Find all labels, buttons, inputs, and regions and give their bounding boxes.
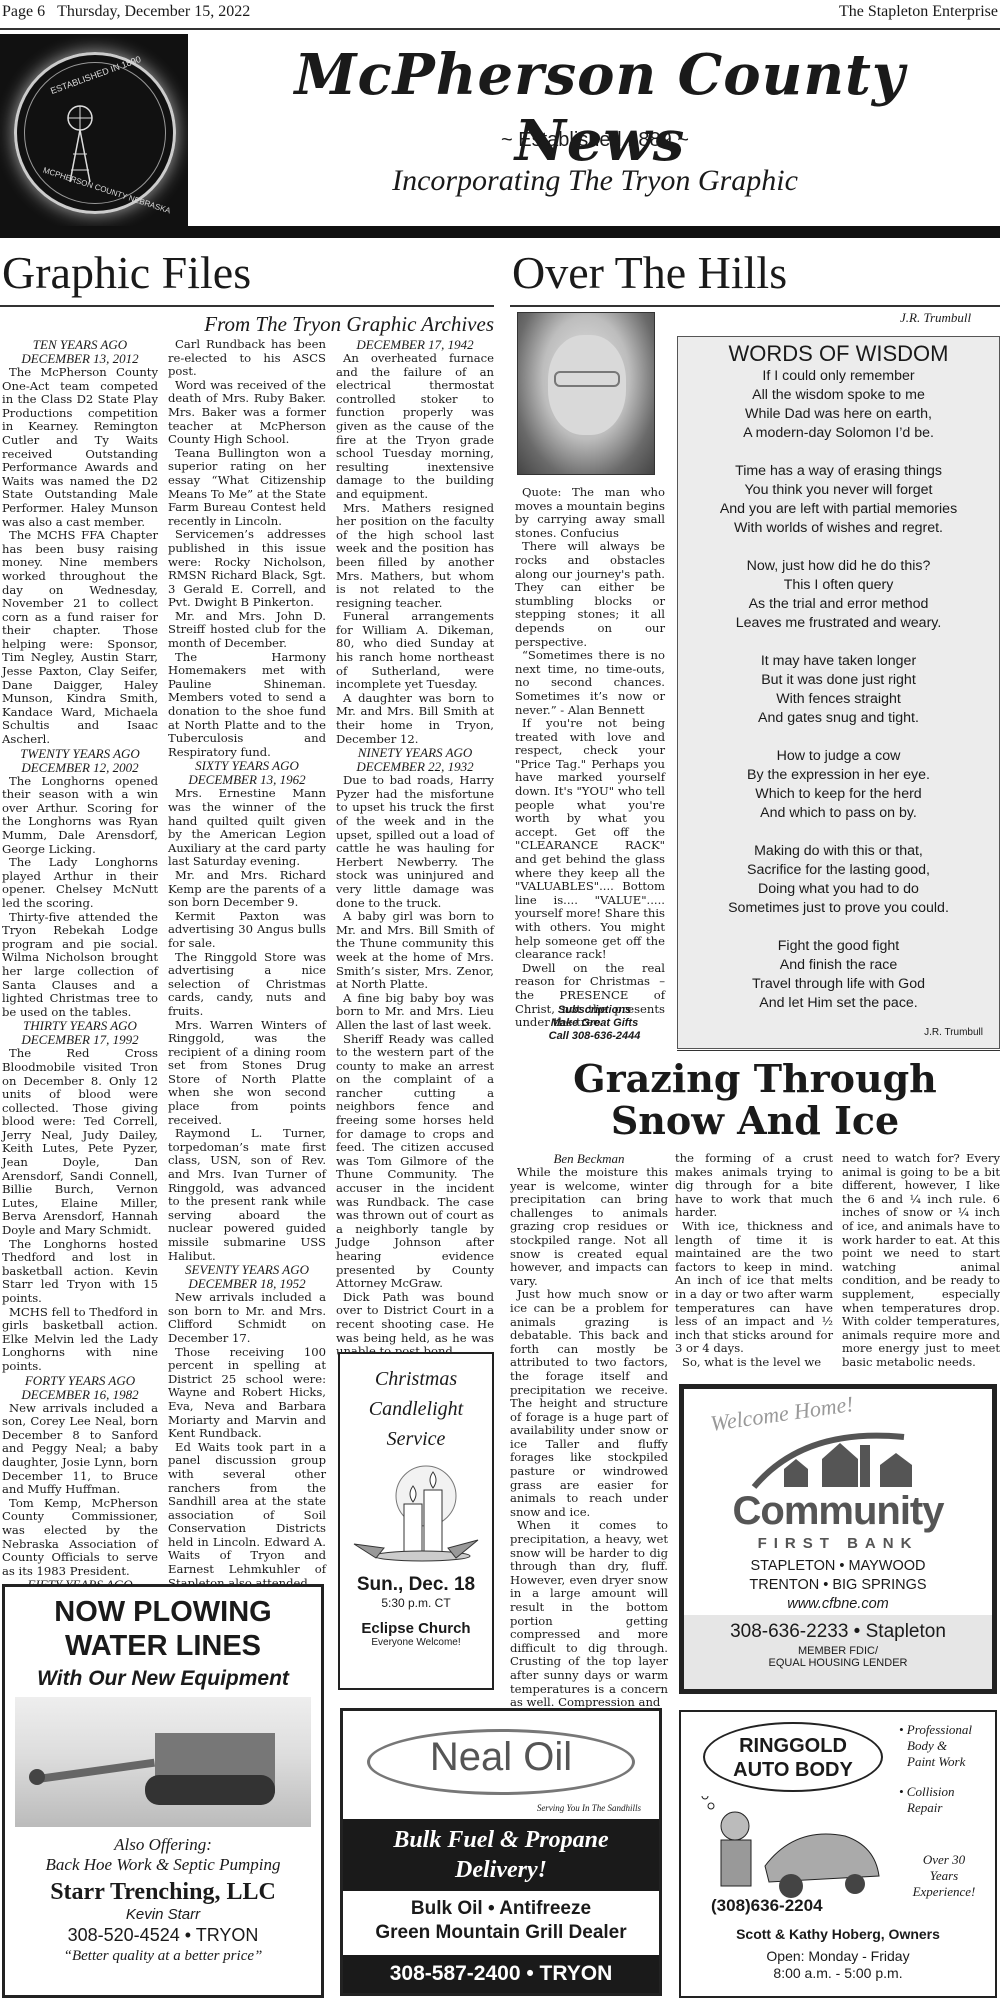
archive-date-heading: SIXTY YEARS AGO xyxy=(168,759,326,773)
paragraph: While the moisture this year is welcome,… xyxy=(510,1166,668,1288)
paragraph: Teana Bullington won a superior rating o… xyxy=(168,447,326,529)
archive-date-heading: TWENTY YEARS AGO xyxy=(2,747,158,761)
paragraph: Mrs. Mathers resigned her position on th… xyxy=(336,502,494,611)
paragraph: The Longhorns opened their season with a… xyxy=(2,775,158,857)
archive-date-heading: THIRTY YEARS AGO xyxy=(2,1019,158,1033)
starr-trenching-ad: NOW PLOWING WATER LINES With Our New Equ… xyxy=(2,1584,324,1998)
paragraph: When it comes to precipitation, a heavy,… xyxy=(510,1519,668,1709)
paragraph: Mrs. Warren Winters of Ringgold, was the… xyxy=(168,1019,326,1128)
poem-line: Time has a way of erasing things xyxy=(678,462,999,481)
divider xyxy=(0,305,494,307)
paragraph: The Longhorns hosted Thedford and lost i… xyxy=(2,1238,158,1306)
trencher-photo xyxy=(15,1697,311,1827)
poem-line: And which to pass on by. xyxy=(678,804,999,823)
paragraph: Mrs. Ernestine Mann was the winner of th… xyxy=(168,787,326,869)
paragraph: Due to bad roads, Harry Pyzer had the mi… xyxy=(336,774,494,910)
divider xyxy=(0,28,1000,30)
archive-date-heading: FORTY YEARS AGO xyxy=(2,1374,158,1388)
poem-line: With fences straight xyxy=(678,690,999,709)
delivery-banner: Bulk Fuel & Propane Delivery! xyxy=(343,1819,659,1891)
archive-date-heading: DECEMBER 22, 1932 xyxy=(336,760,494,774)
paragraph: the forming of a crust makes animals try… xyxy=(675,1152,833,1220)
paragraph: The Harmony Homemakers met with Pauline … xyxy=(168,651,326,760)
poem-line: It may have taken longer xyxy=(678,652,999,671)
poem-line: All the wisdom spoke to me xyxy=(678,386,999,405)
paragraph: Sheriff Ready was called to the western … xyxy=(336,1033,494,1291)
established-line: ~ Established 1889 ~ xyxy=(200,129,990,152)
archive-date-heading: DECEMBER 16, 1982 xyxy=(2,1388,158,1402)
paragraph: need to watch for? Every animal is going… xyxy=(842,1152,1000,1370)
poem-line: This I often query xyxy=(678,576,999,595)
grazing-column-3: need to watch for? Every animal is going… xyxy=(842,1152,1000,1370)
paragraph: Tom Kemp, McPherson County Commissioner,… xyxy=(2,1497,158,1579)
poem-line: As the trial and error method xyxy=(678,595,999,614)
archive-date-heading: DECEMBER 18, 1952 xyxy=(168,1277,326,1291)
poem-line: How to judge a cow xyxy=(678,747,999,766)
graphic-files-column-1: TEN YEARS AGODECEMBER 13, 2012The McPher… xyxy=(2,338,158,1606)
poem-line: And you are left with partial memories xyxy=(678,500,999,519)
neal-oil-logo: Neal Oil xyxy=(343,1735,659,1780)
paper-name: The Stapleton Enterprise xyxy=(839,3,998,21)
paragraph: The Red Cross Bloodmobile visited Tron o… xyxy=(2,1047,158,1237)
mechanic-car-illustration xyxy=(695,1796,885,1906)
paragraph: Funeral arrangements for William A. Dike… xyxy=(336,610,494,692)
paragraph: New arrivals included a son, Corey Lee N… xyxy=(2,1402,158,1497)
archive-date-heading: DECEMBER 17, 1942 xyxy=(336,338,494,352)
paragraph: Kermit Paxton was advertising 30 Angus b… xyxy=(168,910,326,951)
paragraph: There will always be rocks and obstacles… xyxy=(515,540,665,649)
farm-buildings-icon xyxy=(744,1427,944,1497)
archive-date-heading: TEN YEARS AGO xyxy=(2,338,158,352)
archive-date-heading: NINETY YEARS AGO xyxy=(336,746,494,760)
paragraph: The Ringgold Store was advertising a nic… xyxy=(168,951,326,1019)
divider xyxy=(677,1050,1000,1051)
paragraph: Carl Rundback has been re-elected to his… xyxy=(168,338,326,379)
paragraph: Servicemen’s addresses published in this… xyxy=(168,528,326,610)
poem-line: But it was done just right xyxy=(678,671,999,690)
author-byline: J.R. Trumbull xyxy=(900,310,971,326)
paragraph: Mr. and Mrs. John D. Streiff hosted club… xyxy=(168,610,326,651)
poem-title: WORDS OF WISDOM xyxy=(678,341,999,367)
archive-date-heading: DECEMBER 17, 1992 xyxy=(2,1033,158,1047)
archive-date-heading: DECEMBER 13, 2012 xyxy=(2,352,158,366)
poem-line: Travel through life with God xyxy=(678,975,999,994)
over-the-hills-column: Quote: The man who moves a mountain begi… xyxy=(515,486,665,1030)
paragraph: Mr. and Mrs. Richard Kemp are the parent… xyxy=(168,869,326,910)
archives-subtitle: From The Tryon Graphic Archives xyxy=(200,312,494,337)
paragraph: Ed Waits took part in a panel discussion… xyxy=(168,1441,326,1591)
paragraph: Thirty-five attended the Tryon Rebekah L… xyxy=(2,911,158,1020)
author-photo xyxy=(517,312,655,475)
poem-line: A modern-day Solomon I’d be. xyxy=(678,424,999,443)
subscriptions-promo: Subscriptions Make Great Gifts Call 308-… xyxy=(517,1004,672,1043)
poem-line: By the expression in her eye. xyxy=(678,766,999,785)
neal-oil-ad: Neal Oil Serving You In The Sandhills Bu… xyxy=(340,1708,662,1996)
poem-stanzas: If I could only rememberAll the wisdom s… xyxy=(678,367,999,1013)
divider xyxy=(510,305,1000,307)
paragraph: The McPherson County One-Act team compet… xyxy=(2,366,158,529)
poem-line: Sacrifice for the lasting good, xyxy=(678,861,999,880)
poem-line: Which to keep for the herd xyxy=(678,785,999,804)
poem-line: Making do with this or that, xyxy=(678,842,999,861)
graphic-files-column-2: Carl Rundback has been re-elected to his… xyxy=(168,338,326,1604)
paragraph: Just how much snow or ice can be a probl… xyxy=(510,1288,668,1519)
poem-line: Sometimes just to prove you could. xyxy=(678,899,999,918)
grazing-column-2: the forming of a crust makes animals try… xyxy=(675,1152,833,1370)
page-header: Page 6 Thursday, December 15, 2022 The S… xyxy=(0,0,1000,30)
poem-line: Fight the good fight xyxy=(678,937,999,956)
poem-line: And let Him set the pace. xyxy=(678,994,999,1013)
paragraph: The MCHS FFA Chapter has been busy raisi… xyxy=(2,529,158,747)
community-first-bank-ad: Welcome Home! Community FIRST BANK STAPL… xyxy=(679,1384,997,1694)
archive-date-heading: SEVENTY YEARS AGO xyxy=(168,1263,326,1277)
poem-signature: J.R. Trumbull xyxy=(924,1027,983,1038)
poem-line: With worlds of wishes and regret. xyxy=(678,519,999,538)
grazing-headline: Grazing Through Snow And Ice xyxy=(510,1058,1000,1142)
paragraph: A daughter was born to Mr. and Mrs. Bill… xyxy=(336,692,494,746)
paragraph: “Sometimes there is no next time, no tim… xyxy=(515,649,665,717)
newspaper-title: McPherson County News xyxy=(200,42,1000,174)
masthead: ESTABLISHED IN 1890 MCPHERSON COUNTY NEB… xyxy=(0,34,1000,226)
archive-date-heading: DECEMBER 12, 2002 xyxy=(2,761,158,775)
poem-line: Now, just how did he do this? xyxy=(678,557,999,576)
paragraph: The Lady Longhorns played Arthur in thei… xyxy=(2,856,158,910)
paragraph: Word was received of the death of Mrs. R… xyxy=(168,379,326,447)
poem-line: Doing what you had to do xyxy=(678,880,999,899)
poem-line: While Dad was here on earth, xyxy=(678,405,999,424)
ringgold-auto-body-ad: RINGGOLD AUTO BODY • Professional Body &… xyxy=(679,1710,997,1998)
paragraph: With ice, thickness and length of time i… xyxy=(675,1220,833,1356)
poem-line: And finish the race xyxy=(678,956,999,975)
paragraph: An overheated furnace and the failure of… xyxy=(336,352,494,502)
poem-line: Leaves me frustrated and weary. xyxy=(678,614,999,633)
grazing-column-1: Ben Beckman While the moisture this year… xyxy=(510,1152,668,1710)
paragraph: A baby girl was born to Mr. and Mrs. Bil… xyxy=(336,910,494,992)
paragraph: MCHS fell to Thedford in girls basketbal… xyxy=(2,1306,158,1374)
graphic-files-column-3: DECEMBER 17, 1942An overheated furnace a… xyxy=(336,338,494,1359)
archive-date-heading: DECEMBER 13, 1962 xyxy=(168,773,326,787)
words-of-wisdom-poem: WORDS OF WISDOM If I could only remember… xyxy=(677,336,1000,1049)
grazing-author: Ben Beckman xyxy=(510,1152,668,1166)
paragraph: A fine big baby boy was born to Mr. and … xyxy=(336,992,494,1033)
paragraph: New arrivals included a son born to Mr. … xyxy=(168,1291,326,1345)
incorporating-line: Incorporating The Tryon Graphic xyxy=(200,164,990,198)
page-date: Page 6 Thursday, December 15, 2022 xyxy=(2,3,250,21)
county-seal-logo: ESTABLISHED IN 1890 MCPHERSON COUNTY NEB… xyxy=(0,34,188,226)
paragraph: If you're not being treated with love an… xyxy=(515,717,665,962)
over-the-hills-title: Over The Hills xyxy=(512,246,787,299)
paragraph: So, what is the level we xyxy=(675,1356,833,1370)
paragraph: Dick Path was bound over to District Cou… xyxy=(336,1291,494,1359)
poem-line: And gates snug and tight. xyxy=(678,709,999,728)
paragraph: Raymond L. Turner, torpedoman’s mate fir… xyxy=(168,1127,326,1263)
paragraph: Those receiving 100 percent in spelling … xyxy=(168,1346,326,1441)
poem-line: If I could only remember xyxy=(678,367,999,386)
graphic-files-title: Graphic Files xyxy=(2,246,251,299)
candles-icon xyxy=(346,1458,486,1568)
poem-line: You think you never will forget xyxy=(678,481,999,500)
masthead-bar xyxy=(0,226,1000,238)
candlelight-service-ad: Christmas Candlelight Service Sun., Dec.… xyxy=(338,1352,494,1690)
paragraph: Quote: The man who moves a mountain begi… xyxy=(515,486,665,540)
